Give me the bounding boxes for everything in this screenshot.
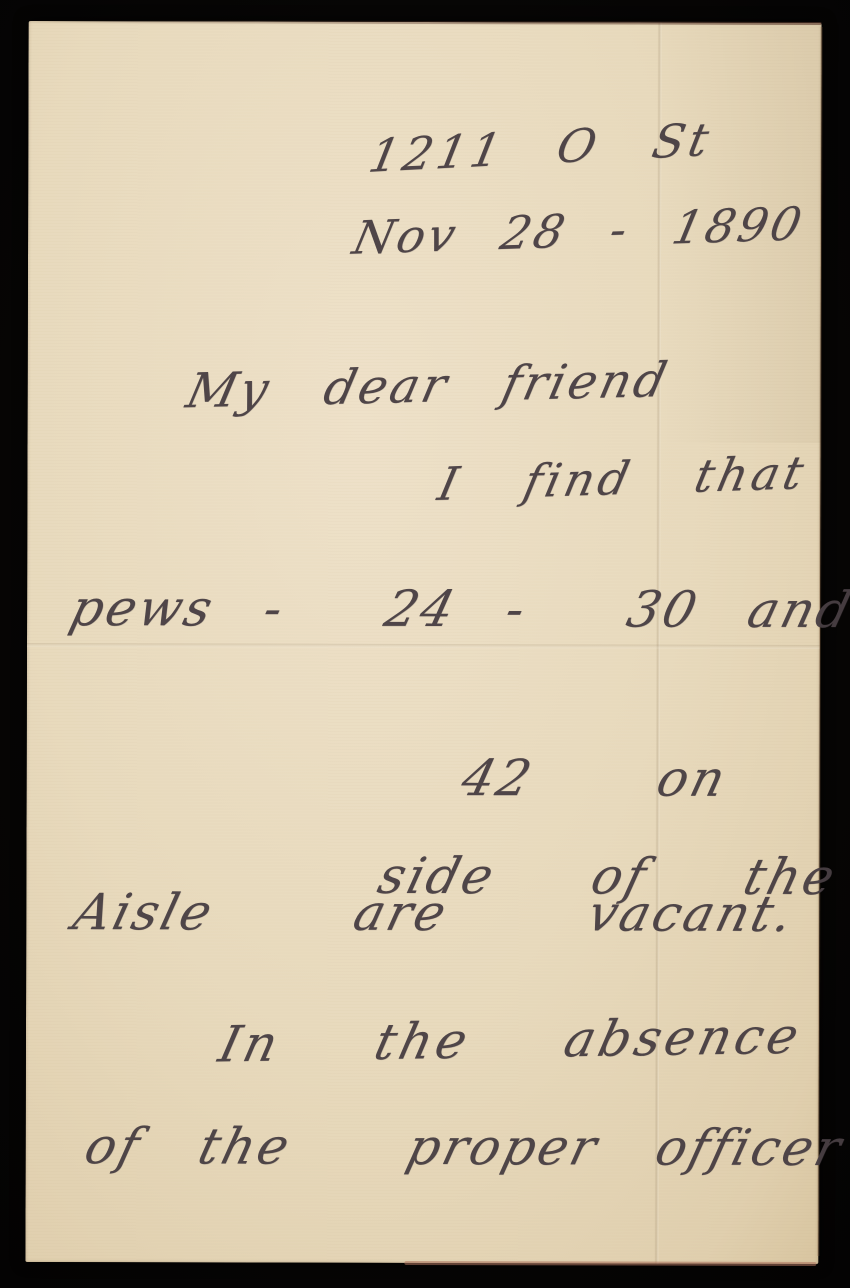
body-line: pews - 24 - 30 and xyxy=(64,577,850,642)
salutation-line: My dear friend xyxy=(181,350,675,421)
scan-background: 1211 O St Nov 28 - 1890 My dear friend I… xyxy=(0,0,850,1288)
fold-crease-horizontal xyxy=(27,643,820,649)
body-line: I find that xyxy=(433,444,813,513)
body-line: of the proper officer xyxy=(78,1115,850,1179)
letter-page: 1211 O St Nov 28 - 1890 My dear friend I… xyxy=(25,21,821,1264)
paper-edge-top xyxy=(29,20,822,25)
body-line: In the absence xyxy=(213,1005,809,1076)
paper-edge-bottom xyxy=(404,1261,816,1266)
body-line: Aisle are vacant. xyxy=(67,881,802,945)
